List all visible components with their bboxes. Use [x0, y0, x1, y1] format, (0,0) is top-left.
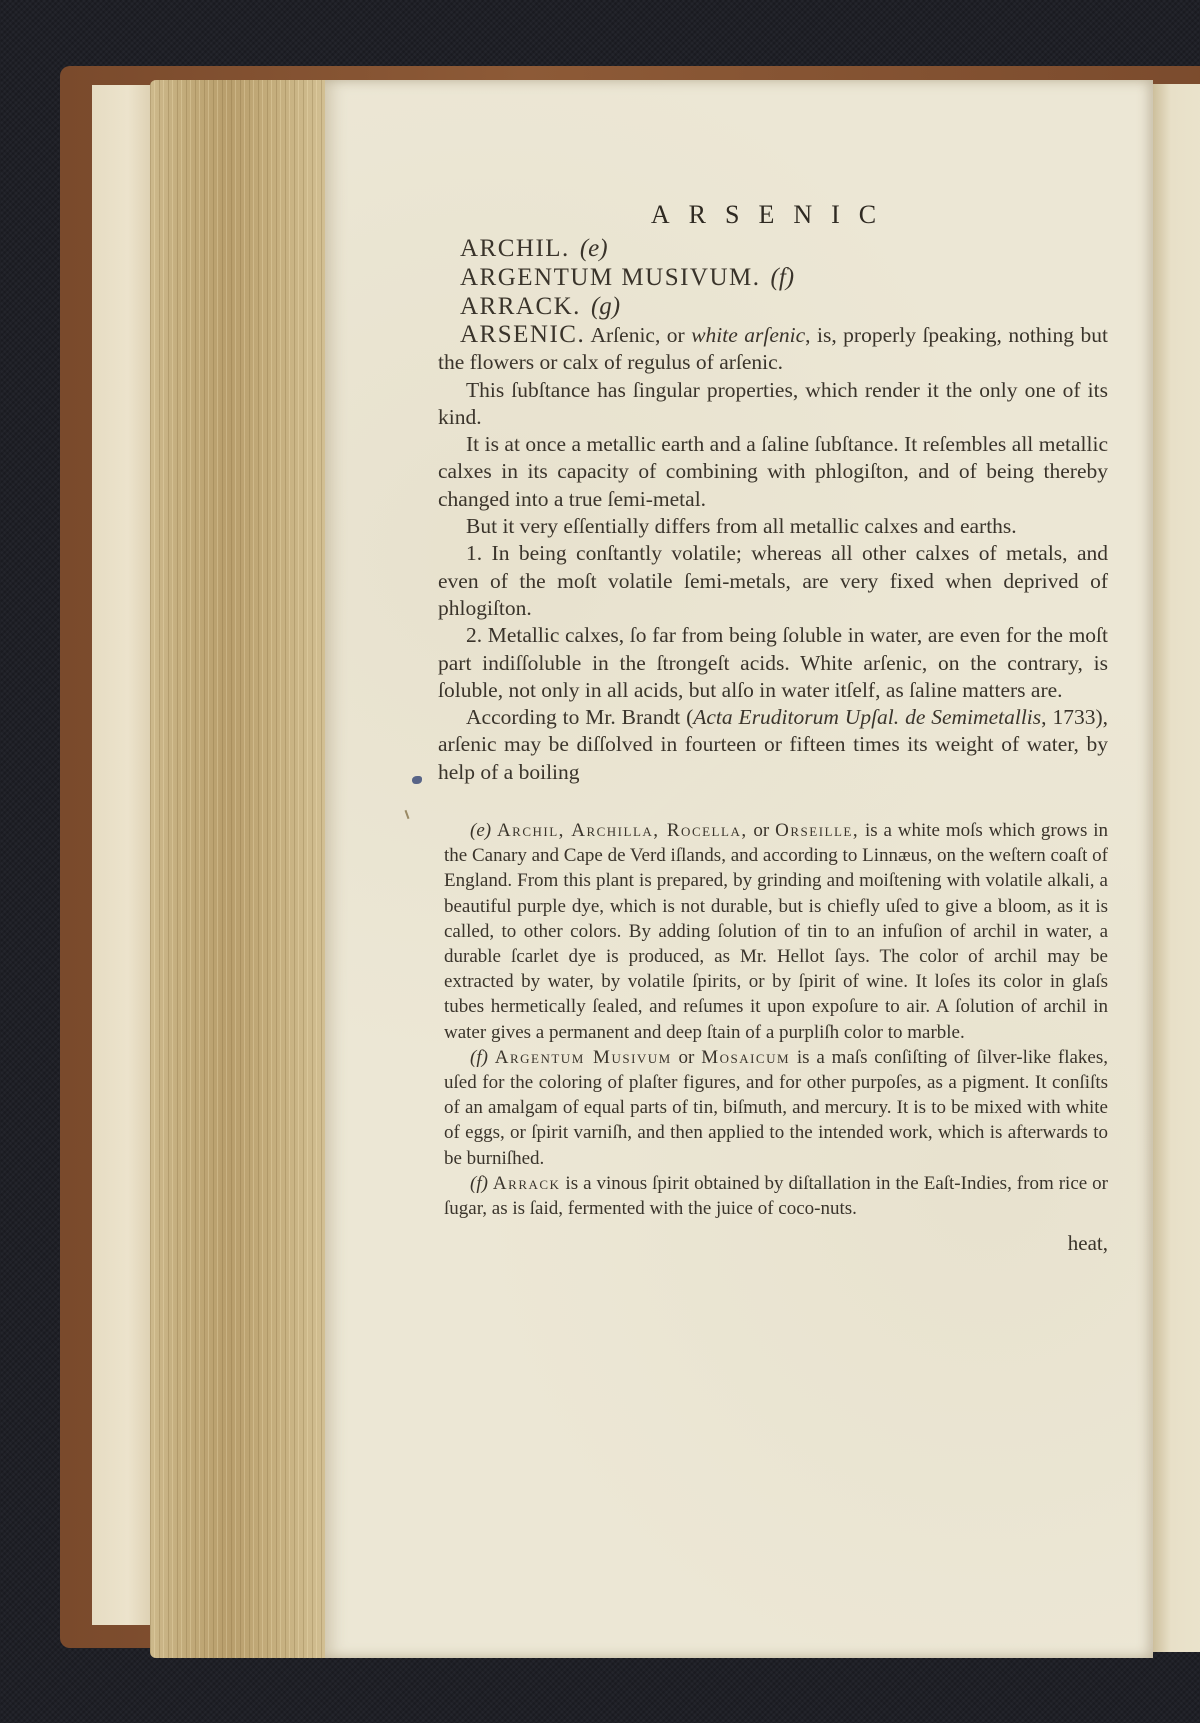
page-text: ARSENIC ARCHIL.(e) ARGENTUM MUSIVUM.(f) … — [438, 200, 1108, 1256]
ink-margin-mark — [412, 776, 422, 784]
citation: Acta Eruditorum Upſal. de Semimetallis — [693, 705, 1041, 729]
heading-archil: ARCHIL.(e) — [438, 234, 1108, 263]
running-head: ARSENIC — [438, 200, 1108, 230]
page-fore-edge — [150, 80, 325, 1658]
footnote-e: (e) Archil, Archilla, Rocella, or Orseil… — [444, 818, 1108, 1045]
endpaper — [92, 85, 152, 1625]
footnote-mark: (f) — [470, 1047, 488, 1068]
footnote-mark: (f) — [470, 1173, 488, 1194]
italic-text: white arſenic — [691, 323, 805, 347]
smallcaps-term: Orseille, — [775, 820, 859, 841]
paragraph: According to Mr. Brandt (Acta Eruditorum… — [438, 704, 1108, 786]
text-run: or — [672, 1047, 701, 1068]
entry-word: ARSENIC. — [460, 321, 585, 348]
footnotes: (e) Archil, Archilla, Rocella, or Orseil… — [438, 818, 1108, 1221]
text-run: Arſenic, or — [591, 323, 692, 347]
paragraph: 1. In being conſtantly volatile; whereas… — [438, 540, 1108, 622]
heading-word: ARCHIL. — [460, 235, 570, 262]
paragraph: It is at once a metallic earth and a ſal… — [438, 431, 1108, 513]
heading-arrack: ARRACK.(g) — [438, 292, 1108, 321]
footnote-ref: (f) — [771, 264, 795, 291]
smallcaps-term: Archil, Archilla, Rocella, — [497, 820, 748, 841]
text-run: or — [748, 820, 776, 841]
text-run: is a white moſs which grows in the Canar… — [444, 820, 1108, 1043]
facing-page-edge — [1153, 84, 1200, 1652]
footnote-ref: (g) — [591, 293, 620, 320]
paragraph: ARSENIC. Arſenic, or white arſenic, is, … — [438, 321, 1108, 377]
smallcaps-term: Mosaicum — [701, 1047, 790, 1068]
smallcaps-term: Argentum Musivum — [495, 1047, 672, 1068]
footnote-mark: (e) — [470, 820, 491, 841]
heading-argentum-musivum: ARGENTUM MUSIVUM.(f) — [438, 263, 1108, 292]
footnote-ref: (e) — [580, 235, 608, 262]
heading-word: ARRACK. — [460, 293, 581, 320]
paragraph: This ſubſtance has ſingular properties, … — [438, 377, 1108, 432]
text-run: According to Mr. Brandt ( — [466, 705, 693, 729]
smallcaps-term: Arrack — [493, 1173, 561, 1194]
arsenic-entry: ARSENIC. Arſenic, or white arſenic, is, … — [438, 321, 1108, 786]
paragraph: But it very eſſentially differs from all… — [438, 513, 1108, 540]
footnote-f: (f) Argentum Musivum or Mosaicum is a ma… — [444, 1045, 1108, 1171]
catchword: heat, — [438, 1231, 1108, 1256]
heading-word: ARGENTUM MUSIVUM. — [460, 264, 761, 291]
paragraph: 2. Metallic calxes, ſo far from being ſo… — [438, 622, 1108, 704]
footnote-arrack: (f) Arrack is a vinous ſpirit obtained b… — [444, 1171, 1108, 1221]
